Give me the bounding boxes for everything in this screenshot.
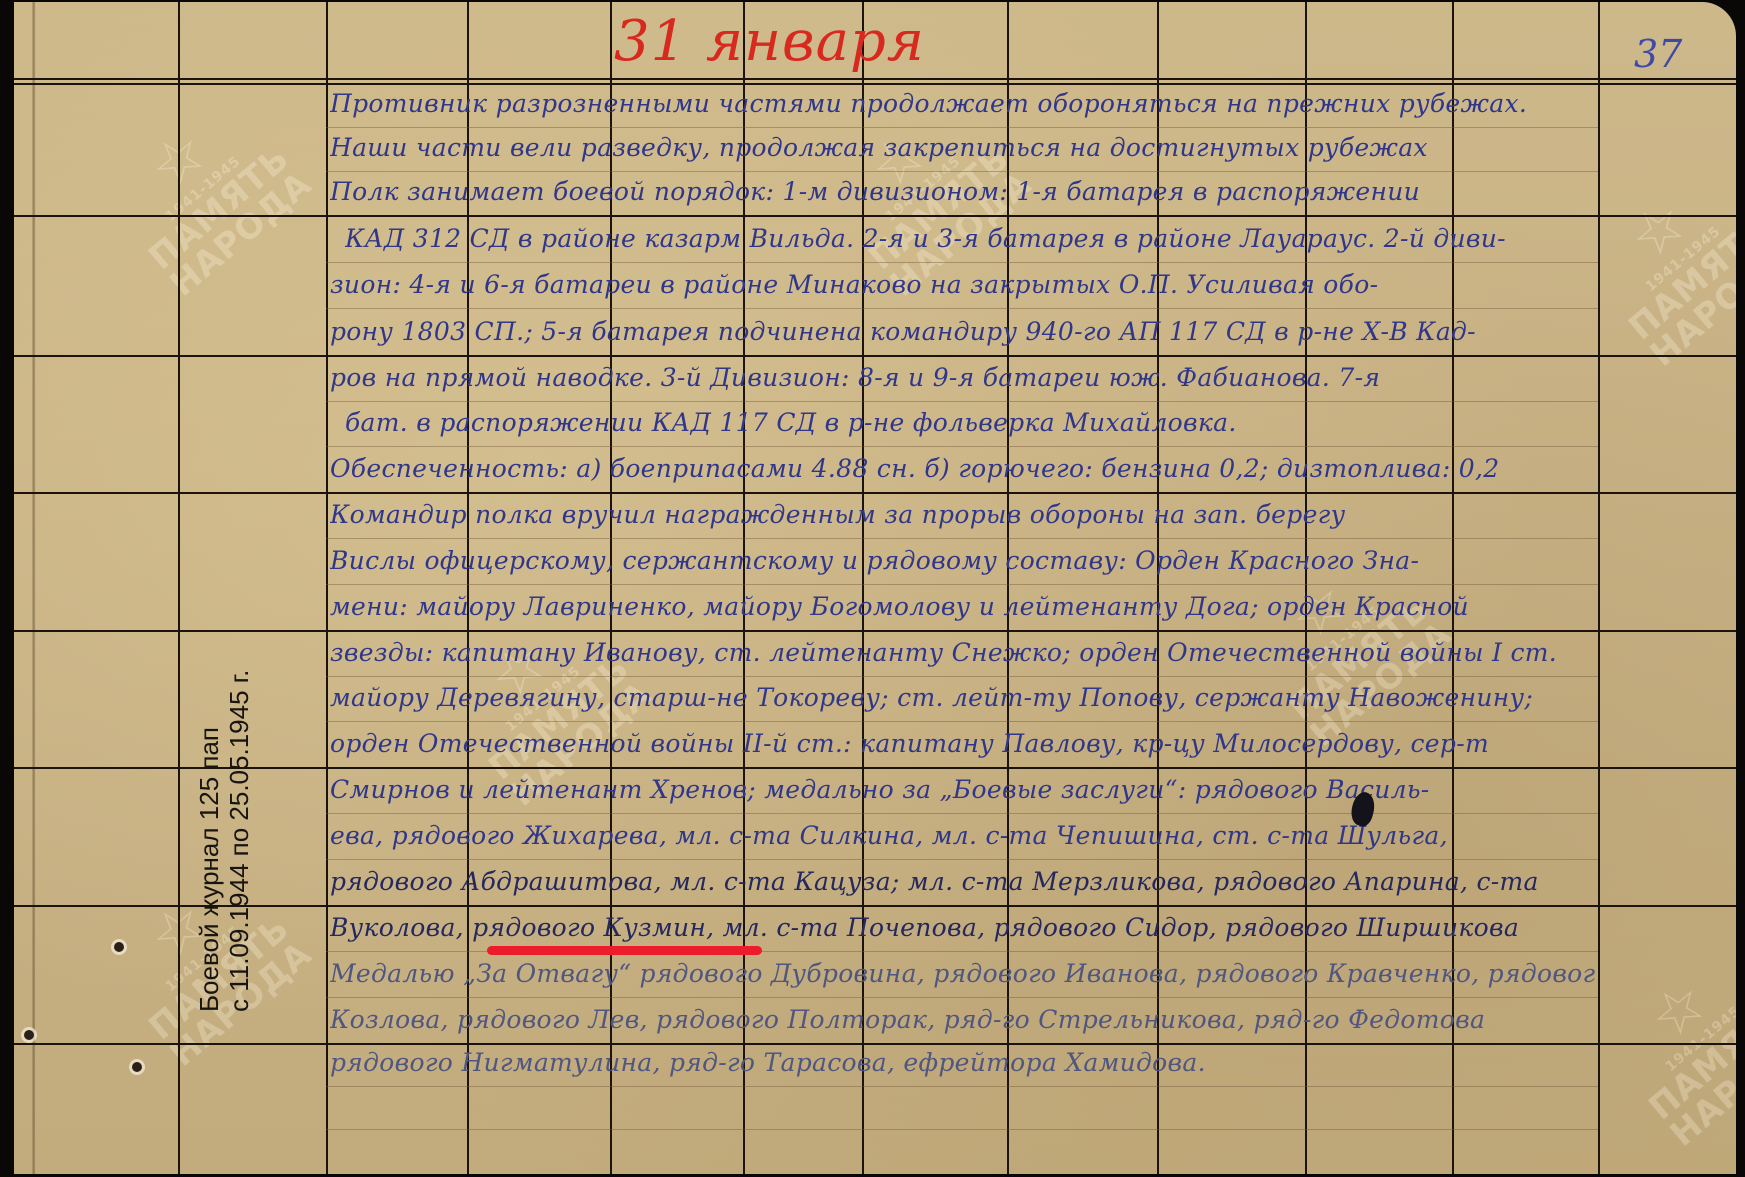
ruled-line	[326, 1086, 1598, 1087]
page-number: 37	[1634, 32, 1682, 76]
journal-period: с 11.09.1944 по 25.05.1945 г.	[224, 670, 254, 1012]
entry-line: рону 1803 СП.; 5-я батарея подчинена ком…	[330, 317, 1595, 346]
entry-line: Козлова, рядового Лев, рядового Полторак…	[330, 1005, 1595, 1034]
grid-column-line	[1598, 2, 1600, 1174]
ruled-line	[326, 813, 1598, 814]
entry-line: Командир полка вручил награжденным за пр…	[330, 500, 1595, 529]
entry-line: Полк занимает боевой порядок: 1-м дивизи…	[330, 177, 1595, 206]
grid-row-line	[14, 1043, 1736, 1045]
ruled-line	[326, 401, 1598, 402]
entry-line: Вуколова, рядового Кузмин, мл. с-та Поче…	[330, 913, 1595, 942]
ruled-line	[326, 584, 1598, 585]
ruled-line	[326, 676, 1598, 677]
binding-hole	[132, 1062, 142, 1072]
entry-line: бат. в распоряжении КАД 117 СД в р-не фо…	[345, 408, 1610, 437]
entry-line: КАД 312 СД в районе казарм Вильда. 2-я и…	[345, 224, 1610, 253]
journal-label: Боевой журнал 125 пап с 11.09.1944 по 25…	[194, 670, 254, 1012]
ruled-line	[326, 859, 1598, 860]
entry-line: Наши части вели разведку, продолжая закр…	[330, 133, 1595, 162]
ruled-line	[326, 262, 1598, 263]
entry-line: ева, рядового Жихарева, мл. с-та Силкина…	[330, 821, 1595, 850]
binding-hole	[114, 942, 124, 952]
entry-line: рядового Абдрашитова, мл. с-та Кацуза; м…	[330, 867, 1595, 896]
ruled-line	[326, 997, 1598, 998]
entry-line: ров на прямой наводке. 3-й Дивизион: 8-я…	[330, 363, 1595, 392]
ruled-line	[326, 127, 1598, 128]
entry-line: орден Отечественной войны II-й ст.: капи…	[330, 729, 1595, 758]
ruled-line	[326, 538, 1598, 539]
star-icon: ☆	[1594, 932, 1736, 1088]
binding-hole	[24, 1030, 34, 1040]
watermark: ☆ 1941-1945 ПАМЯТЬ НАРОДА	[94, 82, 318, 302]
ruled-line	[326, 171, 1598, 172]
grid-row-line	[14, 83, 1736, 85]
ruled-line	[326, 1129, 1598, 1130]
entry-line: зион: 4-я и 6-я батареи в районе Минаков…	[330, 270, 1595, 299]
entry-line: Обеспеченность: а) боеприпасами 4.88 сн.…	[330, 454, 1595, 483]
grid-column-line	[178, 2, 180, 1174]
entry-line: Смирнов и лейтенант Хренов; медально за …	[330, 775, 1595, 804]
grid-row-line	[14, 78, 1736, 80]
entry-line: мени: майору Лавриненко, майору Богомоло…	[330, 592, 1595, 621]
grid-row-line	[14, 492, 1736, 494]
grid-row-line	[14, 630, 1736, 632]
entry-line: звезды: капитану Иванову, ст. лейтенанту…	[330, 638, 1595, 667]
entry-line: Противник разрозненными частями продолжа…	[330, 89, 1595, 118]
ruled-line	[326, 446, 1598, 447]
ruled-line	[326, 308, 1598, 309]
grid-row-line	[14, 215, 1736, 217]
grid-row-line	[14, 767, 1736, 769]
highlight-underline	[487, 946, 762, 955]
journal-title: Боевой журнал 125 пап	[194, 670, 224, 1012]
entry-line: майору Деревягину, старш-не Токореву; ст…	[330, 683, 1595, 712]
date-header: 31 января	[614, 12, 925, 72]
journal-page: ☆ 1941-1945 ПАМЯТЬ НАРОДА ☆ 1941-1945 ПА…	[14, 2, 1736, 1174]
binding-fold	[32, 2, 36, 1174]
entry-line: рядового Нигматулина, ряд-го Тарасова, е…	[330, 1048, 1595, 1077]
grid-row-line	[14, 905, 1736, 907]
grid-column-line	[326, 2, 328, 1174]
entry-line: Медалью „За Отвагу“ рядового Дубровина, …	[330, 959, 1595, 988]
grid-row-line	[14, 355, 1736, 357]
entry-line: Вислы офицерскому, сержантскому и рядово…	[330, 546, 1595, 575]
ruled-line	[326, 721, 1598, 722]
